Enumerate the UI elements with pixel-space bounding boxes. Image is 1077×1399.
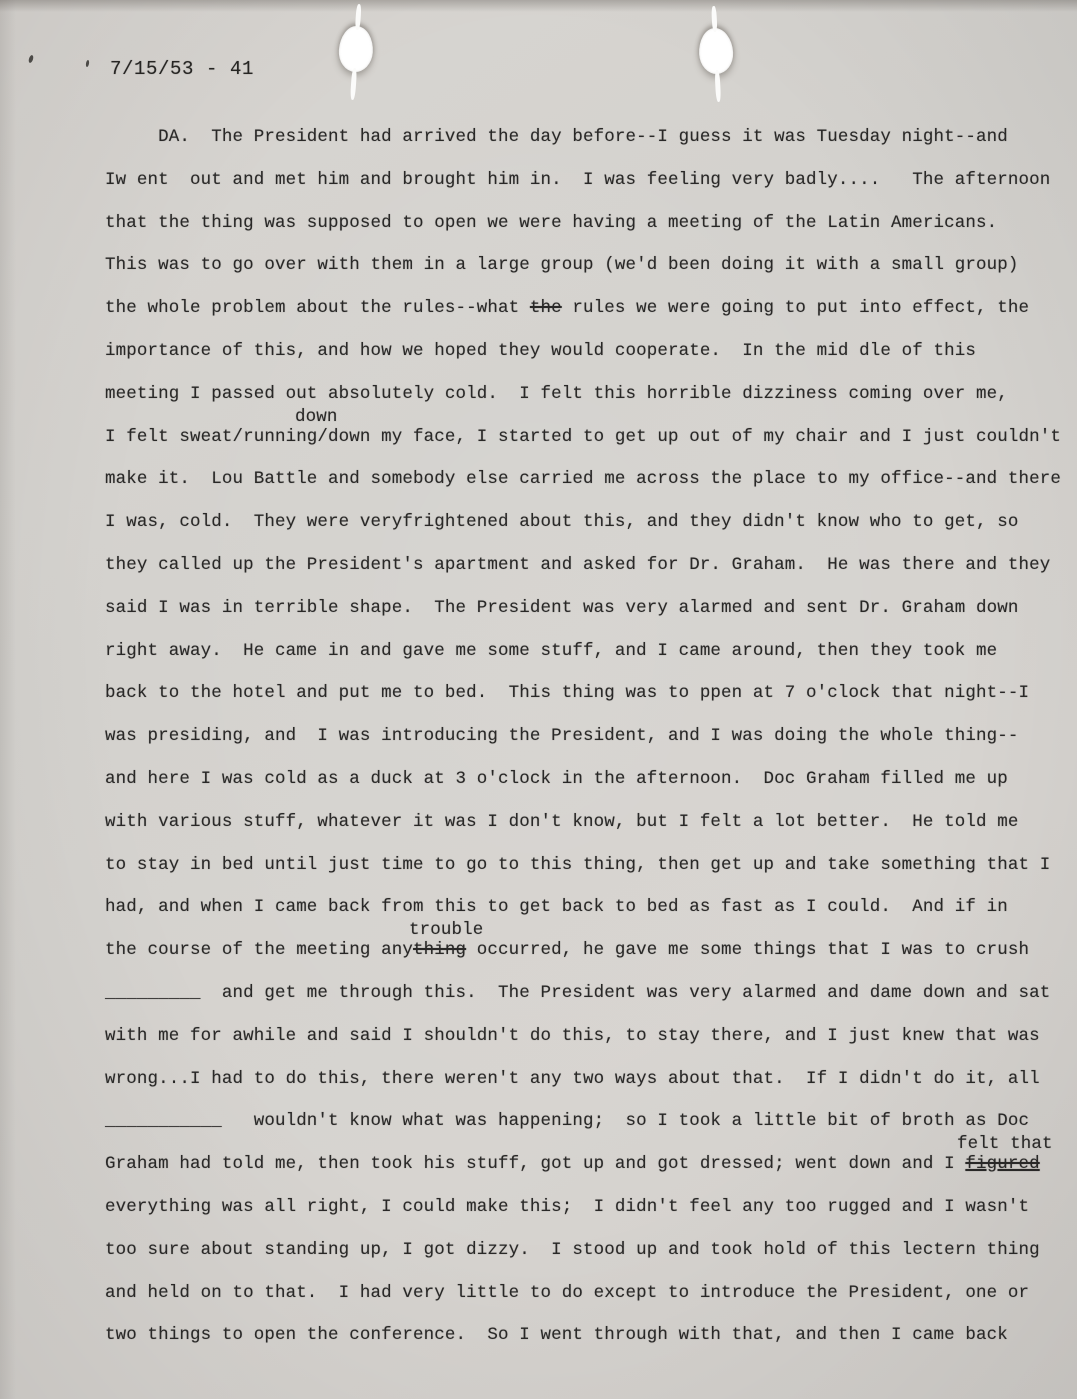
body-line: with me for awhile and said I shouldn't … — [105, 1026, 1073, 1069]
scan-left-edge — [0, 0, 16, 1399]
ink-speck — [28, 55, 34, 64]
struck-out-text: figured — [965, 1154, 1039, 1174]
body-line: _________ and get me through this. The P… — [105, 983, 1073, 1026]
interlinear-insertion: trouble — [409, 920, 483, 940]
text-segment: and held on to that. I had very little t… — [105, 1283, 1029, 1303]
text-segment: the whole problem about the rules--what — [105, 298, 530, 318]
struck-out-text: thing — [413, 940, 466, 960]
text-segment: ___________ wouldn't know what was happe… — [105, 1111, 1029, 1131]
text-segment: they called up the President's apartment… — [105, 555, 1050, 575]
body-line: make it. Lou Battle and somebody else ca… — [105, 469, 1073, 512]
body-line: and held on to that. I had very little t… — [105, 1283, 1073, 1326]
body-line: DA. The President had arrived the day be… — [105, 127, 1073, 170]
ink-speck — [85, 60, 89, 67]
hole-punch-left — [337, 25, 374, 73]
text-segment: back to the hotel and put me to bed. Thi… — [105, 683, 1029, 703]
text-segment: said I was in terrible shape. The Presid… — [105, 598, 1018, 618]
body-line: felt thatGraham had told me, then took h… — [105, 1154, 1073, 1197]
body-line: to stay in bed until just time to go to … — [105, 855, 1073, 898]
text-segment: occurred, he gave me some things that I … — [466, 940, 1029, 960]
body-line: that the thing was supposed to open we w… — [105, 213, 1073, 256]
body-line: troublethe course of the meeting anythin… — [105, 940, 1073, 983]
text-segment: too sure about standing up, I got dizzy.… — [105, 1240, 1040, 1260]
body-line: wrong...I had to do this, there weren't … — [105, 1069, 1073, 1112]
body-line: ___________ wouldn't know what was happe… — [105, 1111, 1073, 1154]
text-segment: with me for awhile and said I shouldn't … — [105, 1026, 1040, 1046]
body-line: back to the hotel and put me to bed. Thi… — [105, 683, 1073, 726]
body-line: right away. He came in and gave me some … — [105, 641, 1073, 684]
text-segment: right away. He came in and gave me some … — [105, 641, 997, 661]
text-segment: meeting I passed out absolutely cold. I … — [105, 384, 1008, 404]
text-segment: rules we were going to put into effect, … — [562, 298, 1029, 318]
body-line: they called up the President's apartment… — [105, 555, 1073, 598]
body-line: Iw ent out and met him and brought him i… — [105, 170, 1073, 213]
body-line: everything was all right, I could make t… — [105, 1197, 1073, 1240]
struck-out-text: the — [530, 298, 562, 318]
typescript-body: DA. The President had arrived the day be… — [105, 127, 1073, 1368]
interlinear-insertion: felt that — [957, 1134, 1053, 1154]
text-segment: Graham had told me, then took his stuff,… — [105, 1154, 965, 1174]
text-segment: everything was all right, I could make t… — [105, 1197, 1029, 1217]
text-segment: and here I was cold as a duck at 3 o'clo… — [105, 769, 1008, 789]
text-segment: make it. Lou Battle and somebody else ca… — [105, 469, 1061, 489]
interlinear-insertion: down — [295, 407, 338, 427]
date-heading: 7/15/53 - 41 — [110, 58, 254, 80]
body-line: was presiding, and I was introducing the… — [105, 726, 1073, 769]
text-segment: was presiding, and I was introducing the… — [105, 726, 1018, 746]
text-segment: two things to open the conference. So I … — [105, 1325, 1008, 1345]
text-segment: Iw ent out and met him and brought him i… — [105, 170, 1050, 190]
text-segment: with various stuff, whatever it was I do… — [105, 812, 1018, 832]
text-segment: to stay in bed until just time to go to … — [105, 855, 1050, 875]
text-segment: had, and when I came back from this to g… — [105, 897, 1008, 917]
body-line: the whole problem about the rules--what … — [105, 298, 1073, 341]
text-segment: the course of the meeting any — [105, 940, 413, 960]
body-line: too sure about standing up, I got dizzy.… — [105, 1240, 1073, 1283]
text-segment: This was to go over with them in a large… — [105, 255, 1018, 275]
body-line: two things to open the conference. So I … — [105, 1325, 1073, 1368]
text-segment: importance of this, and how we hoped the… — [105, 341, 976, 361]
body-line: with various stuff, whatever it was I do… — [105, 812, 1073, 855]
body-line: I was, cold. They were veryfrightened ab… — [105, 512, 1073, 555]
body-line: meeting I passed out absolutely cold. I … — [105, 384, 1073, 427]
hole-punch-right — [698, 27, 734, 75]
body-line: This was to go over with them in a large… — [105, 255, 1073, 298]
text-segment: I felt sweat/running/down my face, I sta… — [105, 427, 1061, 447]
text-segment: that the thing was supposed to open we w… — [105, 213, 997, 233]
body-line: downI felt sweat/running/down my face, I… — [105, 427, 1073, 470]
body-line: importance of this, and how we hoped the… — [105, 341, 1073, 384]
body-line: had, and when I came back from this to g… — [105, 897, 1073, 940]
text-segment: I was, cold. They were veryfrightened ab… — [105, 512, 1018, 532]
text-segment: _________ and get me through this. The P… — [105, 983, 1050, 1003]
text-segment: wrong...I had to do this, there weren't … — [105, 1069, 1040, 1089]
body-line: said I was in terrible shape. The Presid… — [105, 598, 1073, 641]
scan-top-edge — [0, 0, 1077, 12]
text-segment: DA. The President had arrived the day be… — [105, 127, 1008, 147]
body-line: and here I was cold as a duck at 3 o'clo… — [105, 769, 1073, 812]
